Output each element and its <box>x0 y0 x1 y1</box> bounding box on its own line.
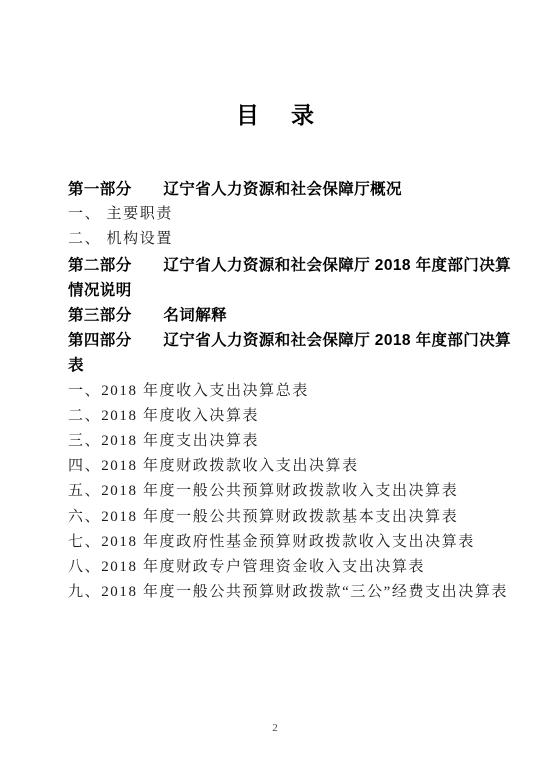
toc-part-heading: 情况说明 <box>68 278 486 303</box>
toc-item: 六、2018 年度一般公共预算财政拨款基本支出决算表 <box>68 505 486 530</box>
page-title-char-1: 目 <box>236 100 259 132</box>
toc-part-heading: 第四部分 辽宁省人力资源和社会保障厅 2018 年度部门决算 <box>68 328 486 353</box>
toc-item: 九、2018 年度一般公共预算财政拨款“三公”经费支出决算表 <box>68 580 486 605</box>
toc-item: 七、2018 年度政府性基金预算财政拨款收入支出决算表 <box>68 530 486 555</box>
document-page: 目 录 第一部分 辽宁省人力资源和社会保障厅概况一、 主要职责二、 机构设置第二… <box>0 0 550 777</box>
toc-item: 一、2018 年度收入支出决算总表 <box>68 379 486 404</box>
toc-item: 二、2018 年度收入决算表 <box>68 404 486 429</box>
toc-item: 五、2018 年度一般公共预算财政拨款收入支出决算表 <box>68 479 486 504</box>
toc-item: 一、 主要职责 <box>68 202 486 227</box>
toc-item: 三、2018 年度支出决算表 <box>68 429 486 454</box>
toc-part-heading: 第一部分 辽宁省人力资源和社会保障厅概况 <box>68 177 486 202</box>
toc-item: 四、2018 年度财政拨款收入支出决算表 <box>68 454 486 479</box>
toc-part-heading: 表 <box>68 353 486 378</box>
toc-part-heading: 第三部分 名词解释 <box>68 303 486 328</box>
page-title: 目 录 <box>0 100 550 132</box>
toc-item: 八、2018 年度财政专户管理资金收入支出决算表 <box>68 555 486 580</box>
toc-list: 第一部分 辽宁省人力资源和社会保障厅概况一、 主要职责二、 机构设置第二部分 辽… <box>68 177 486 605</box>
page-number: 2 <box>0 723 550 734</box>
toc-part-heading: 第二部分 辽宁省人力资源和社会保障厅 2018 年度部门决算 <box>68 253 486 278</box>
page-title-char-2: 录 <box>291 100 314 132</box>
toc-item: 二、 机构设置 <box>68 227 486 252</box>
